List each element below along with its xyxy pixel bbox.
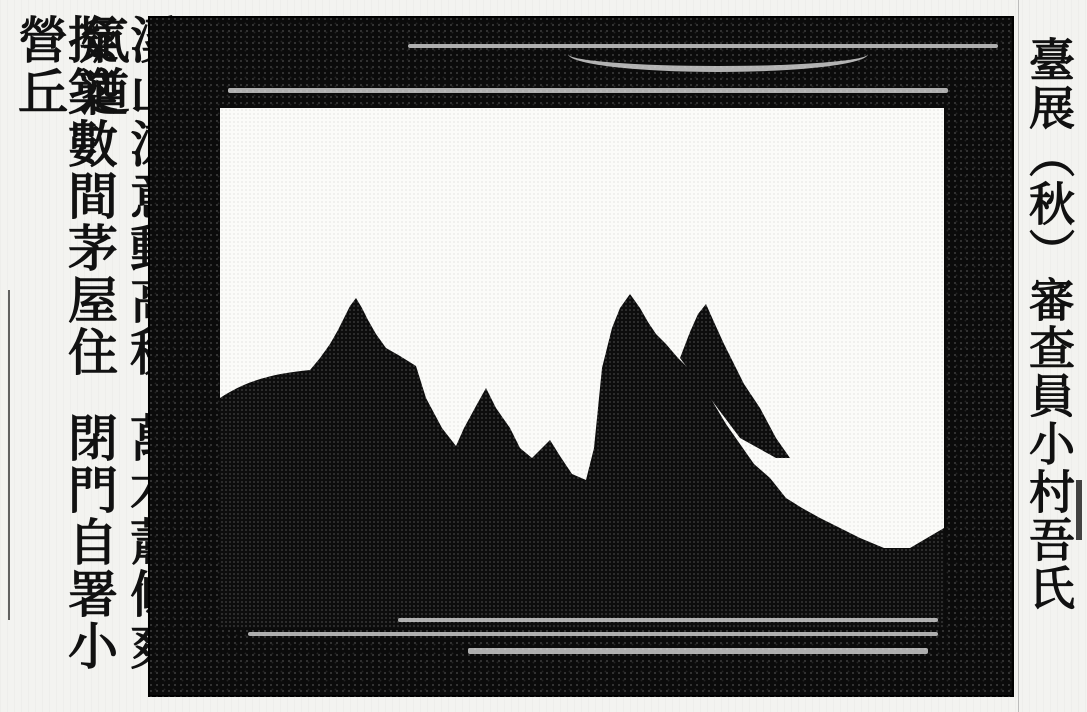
frame-molding: [248, 632, 938, 636]
frame-molding: [468, 648, 928, 654]
caption-role: 審查員: [1022, 276, 1076, 420]
frame-ornament: [568, 36, 868, 72]
column-divider: [1018, 0, 1019, 712]
caption-season: （秋）: [1022, 132, 1076, 276]
caption-name: 小村吾: [1022, 420, 1076, 564]
frame-molding: [408, 44, 998, 48]
frame-molding: [398, 618, 938, 622]
caption-prefix: 臺展: [1022, 36, 1076, 132]
frame-molding: [228, 88, 948, 93]
caption-suffix: 氏: [1022, 564, 1076, 612]
tree-landscape: [220, 108, 944, 628]
margin-rule: [8, 290, 10, 620]
margin-mark: [1076, 480, 1082, 540]
painting-canvas: [220, 108, 944, 628]
poem-column-2: 擬築數間茅屋住閉門自署小營丘: [14, 14, 114, 704]
exhibition-caption: 臺展（秋）審查員小村吾氏: [1026, 36, 1072, 686]
framed-painting: [148, 16, 1014, 697]
